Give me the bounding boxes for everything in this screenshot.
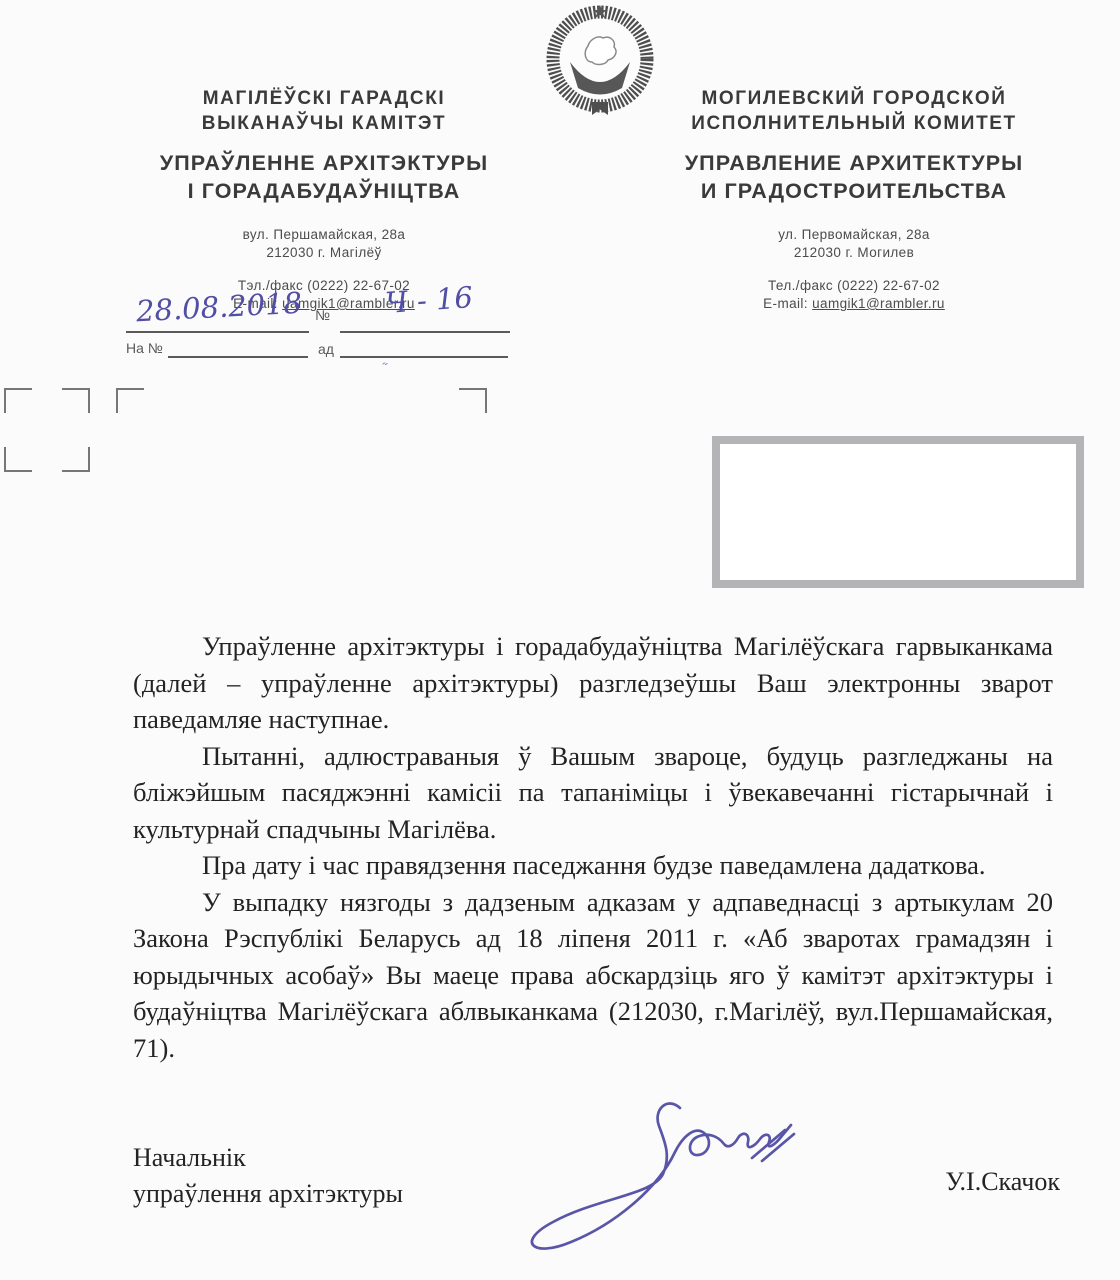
reply-number-underline — [168, 356, 308, 358]
phone-line: Тел./факс (0222) 22-67-02 — [642, 277, 1066, 295]
reply-from-underline — [340, 356, 508, 358]
address-line: 212030 г. Магілёў — [128, 244, 520, 262]
paragraph: Пра дату і час правядзення паседжання бу… — [133, 847, 1053, 884]
address-line: вул. Першамайская, 28а — [128, 226, 520, 244]
email-label: E-mail: — [763, 296, 808, 311]
redaction-box — [712, 436, 1084, 588]
signature-title-line: упраўлення архітэктуры — [133, 1176, 403, 1212]
handwritten-signature-icon — [497, 1092, 817, 1264]
number-label: № — [315, 307, 330, 323]
dept-name-line: УПРАЎЛЕННЕ АРХІТЭКТУРЫ — [128, 149, 520, 177]
corner-mark — [4, 388, 32, 413]
org-name-line: МОГИЛЕВСКИЙ ГОРОДСКОЙ — [642, 86, 1066, 111]
signature-title-line: Начальнік — [133, 1140, 403, 1176]
email-line: E-mail: uamgik1@rambler.ru — [642, 295, 1066, 313]
dept-name-line: И ГРАДОСТРОИТЕЛЬСТВА — [642, 177, 1066, 205]
dept-name-line: УПРАВЛЕНИЕ АРХИТЕКТУРЫ — [642, 149, 1066, 177]
scanned-letter-page: МАГІЛЁЎСКІ ГАРАДСКІ ВЫКАНАЎЧЫ КАМІТЭТ УП… — [0, 0, 1120, 1280]
email-address: uamgik1@rambler.ru — [812, 296, 945, 311]
corner-mark — [4, 447, 32, 472]
number-underline — [340, 331, 510, 333]
paragraph: У выпадку нязгоды з дадзеным адказам у а… — [133, 884, 1053, 1067]
org-name-line: МАГІЛЁЎСКІ ГАРАДСКІ — [128, 86, 520, 111]
reply-number-label: На № — [126, 340, 163, 356]
address-line: ул. Первомайская, 28а — [642, 226, 1066, 244]
org-name-line: ИСПОЛНИТЕЛЬНЫЙ КОМИТЕТ — [642, 111, 1066, 136]
letter-body: Упраўленне архітэктуры і горадабудаўніцт… — [133, 628, 1053, 1066]
dept-name-line: І ГОРАДАБУДАЎНІЦТВА — [128, 177, 520, 205]
date-underline — [126, 331, 309, 333]
paragraph: Упраўленне архітэктуры і горадабудаўніцт… — [133, 628, 1053, 738]
letterhead-left: МАГІЛЁЎСКІ ГАРАДСКІ ВЫКАНАЎЧЫ КАМІТЭТ УП… — [128, 86, 520, 313]
corner-mark — [459, 388, 487, 413]
signature-title: Начальнік упраўлення архітэктуры — [133, 1140, 403, 1212]
letterhead-right: МОГИЛЕВСКИЙ ГОРОДСКОЙ ИСПОЛНИТЕЛЬНЫЙ КОМ… — [642, 86, 1066, 313]
org-name-line: ВЫКАНАЎЧЫ КАМІТЭТ — [128, 111, 520, 136]
corner-mark — [62, 447, 90, 472]
corner-mark — [62, 388, 90, 413]
corner-mark — [116, 388, 144, 413]
reply-from-label: ад — [318, 341, 334, 357]
address-line: 212030 г. Могилев — [642, 244, 1066, 262]
paragraph: Пытанні, адлюстраваныя ў Вашым звароце, … — [133, 738, 1053, 848]
signer-name: У.І.Скачок — [870, 1167, 1060, 1197]
